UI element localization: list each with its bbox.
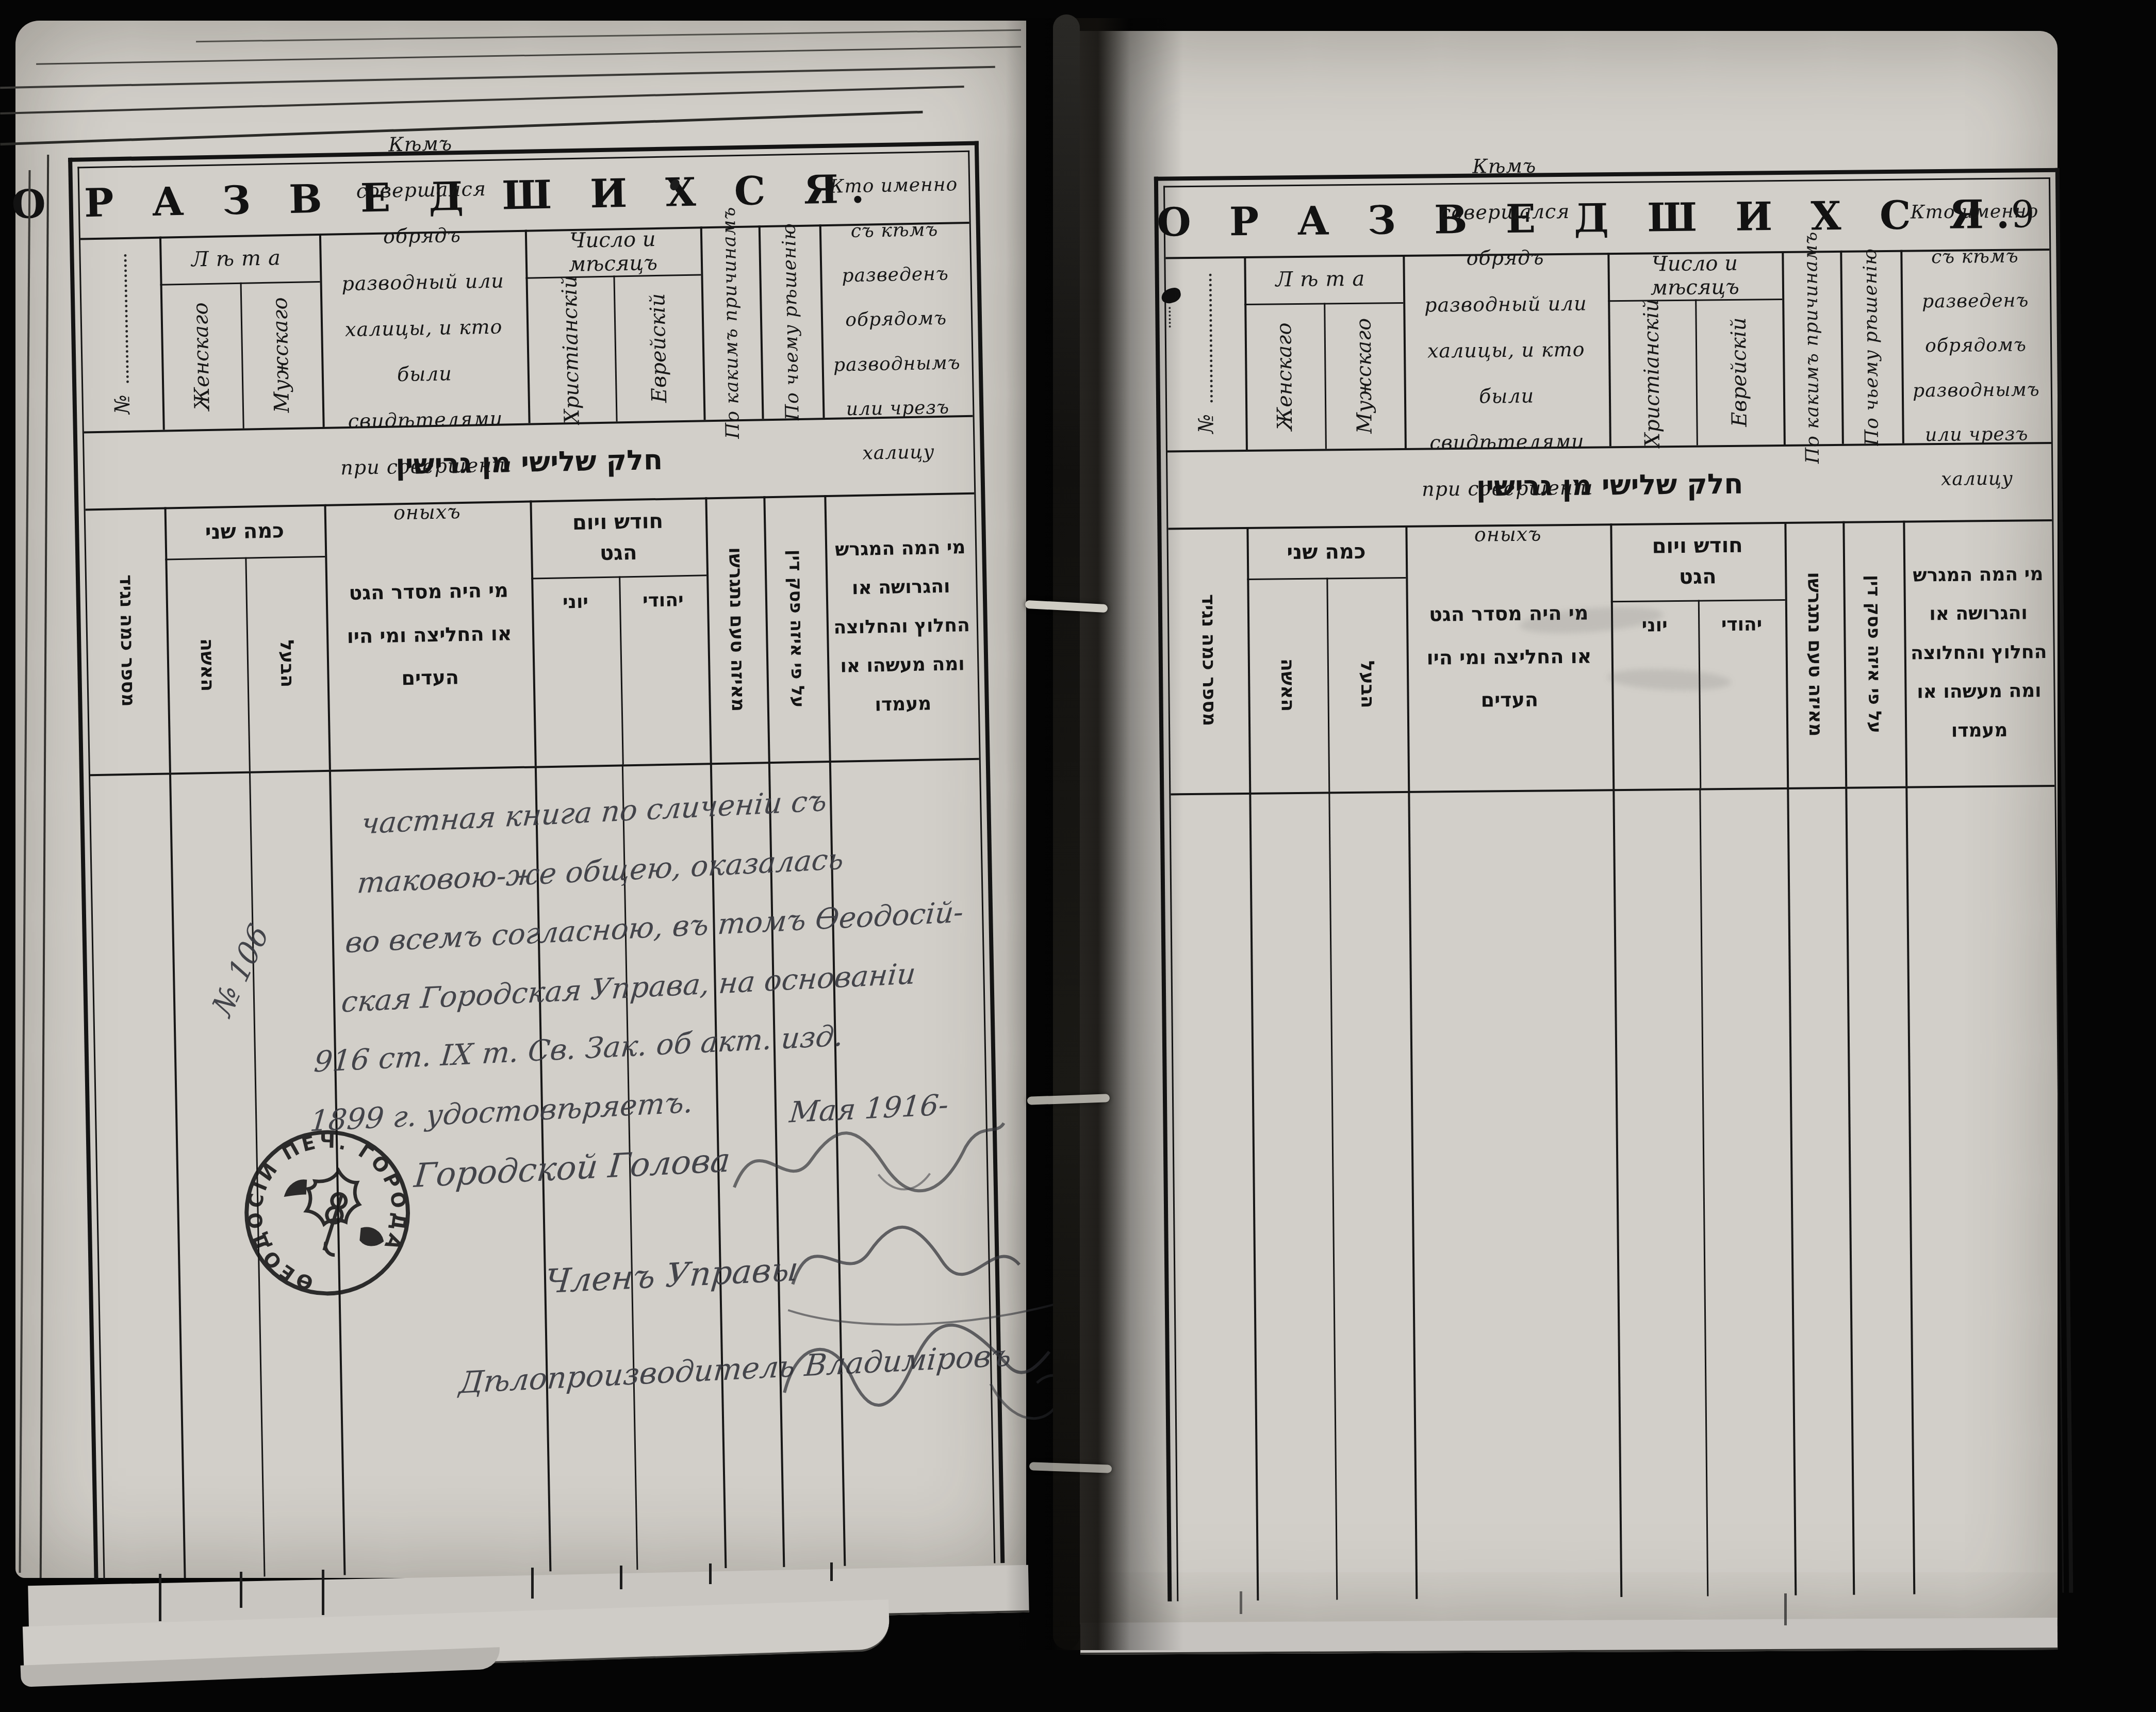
age-male-label: Мужскаго: [1352, 318, 1377, 433]
no-label: №: [111, 394, 135, 414]
he-col-officiant: מי היה מסדר הגט או החליצה ומי היו העדים: [324, 501, 537, 770]
column-tick: [322, 1570, 324, 1615]
hebrew-band-title: חלק שלישי מן גרישין: [1476, 467, 1743, 502]
he-verdict-label: על פי איזה פסק דין: [1863, 574, 1885, 733]
col-header-who: Кто именно съ кѣмъ разведенъ обрядомъ ра…: [819, 222, 973, 418]
he-col-who: מי המה המגרש והגרושה או החלוץ והחלוצה ומ…: [1903, 519, 2054, 786]
he-verdict-label: על פי איזה פסק דין: [784, 549, 808, 708]
column-tick: [1240, 1591, 1242, 1614]
column-tick: [1784, 1593, 1787, 1625]
ledger-table-right: О Р А З В Е Д Ш И Х С Я. 9 №: [1154, 168, 2073, 1602]
column-tick: [240, 1572, 242, 1608]
col-header-age: Лѣта Женскаго Мужскаго: [159, 234, 325, 430]
col-header-reasons: По какимъ причинамъ: [1782, 251, 1844, 445]
he-col-years: כמה שני האשה הבעל: [1246, 525, 1410, 793]
page-stack-bottom-right: [1080, 1618, 2058, 1655]
header-row-russian: № Лѣта Женскаго Муж: [1165, 249, 2051, 452]
date-jewish-label: Еврейскій: [646, 293, 671, 403]
he-col-date: חודש ויום הגט יוני יהודי: [530, 497, 712, 766]
he-wife-label: האשה: [1277, 659, 1298, 712]
dotted-leader: [1205, 273, 1213, 402]
he-husband-label: הבעל: [1357, 661, 1378, 709]
he-number-label: מספר כמה נגיד: [116, 574, 139, 707]
col-header-age: Лѣта Женскаго Мужскаго: [1244, 255, 1407, 450]
he-years-label: כמה שני: [1287, 540, 1366, 564]
header-row-russian: № Лѣта Женскаго Муж: [80, 222, 973, 434]
age-label: Лѣта: [1275, 267, 1372, 292]
he-reason-label: מאיזה טעם נתגרשו: [725, 547, 749, 712]
he-years-label: כמה שני: [205, 519, 284, 544]
no-label: №: [1194, 414, 1218, 433]
age-male-label: Мужскаго: [269, 297, 294, 413]
column-tick: [709, 1563, 712, 1584]
hebrew-band-row: חלק שלישי מן גרישין: [1167, 442, 2052, 530]
decision-label: По чьему рѣшенію: [1859, 248, 1883, 446]
he-col-officiant: מי היה מסדר הגט או החליצה ומי היו העדים: [1406, 523, 1615, 791]
col-header-decision: По чьему рѣшенію: [1840, 250, 1904, 444]
col-header-who: Кто именно съ кѣмъ разведенъ обрядомъ ра…: [1900, 249, 2051, 443]
he-col-who: מי המה המגרש והגרושה או החלוץ והחלוצה ומ…: [825, 492, 979, 761]
col-header-no: №: [80, 237, 165, 432]
he-col-verdict: על פי איזה פסק דין: [1842, 521, 1907, 787]
date-christian-label: Христіанскій: [1640, 299, 1665, 447]
he-col-years: כמה שני האשה הבעל: [164, 504, 331, 773]
col-header-date: Число и мѣсяцъ Христіанскій Еврейскій: [525, 226, 706, 423]
header-row-hebrew: מספר כמה נגיד כמה שני האשה הבעל: [86, 492, 979, 777]
column-tick: [830, 1562, 833, 1581]
col-header-reasons: По какимъ причинамъ: [700, 225, 764, 420]
age-female-label: Женскаго: [189, 302, 215, 410]
he-date-label: חודש ויום הגט: [1649, 530, 1746, 593]
column-tick: [159, 1574, 161, 1621]
he-date-label: חודש ויום הגט: [569, 506, 667, 569]
he-who-label: מי המה המגרש והגרושה או החלוץ והחלוצה ומ…: [1910, 555, 2048, 751]
binding-gutter-shadow: [1006, 18, 1183, 1650]
column-tick: [531, 1568, 534, 1599]
col-header-date: Число и мѣсяцъ Христіанскій Еврейскій: [1607, 251, 1785, 446]
page-left: О Р А З В Е Д Ш И Х С Я. №: [15, 21, 1026, 1578]
binding-cord: [1053, 14, 1080, 1649]
he-col-reason: מאיזה טעם נתגרשו: [1784, 521, 1847, 787]
seal-crest: [284, 1162, 382, 1267]
col-header-decision: По чьему рѣшенію: [759, 224, 825, 419]
reasons-label: По какимъ причинамъ: [1800, 231, 1823, 464]
he-col-number: מספר כמה נגיד: [86, 507, 171, 775]
age-label: Лѣта: [191, 246, 288, 271]
col-header-ceremony: Кѣмъ совершался обрядъ разводный или хал…: [319, 230, 531, 427]
he-husband-label: הבעל: [276, 639, 298, 687]
col-header-ceremony: Кѣмъ совершался обрядъ разводный или хал…: [1403, 253, 1611, 448]
he-col-reason: מאיזה טעם נתגרשו: [705, 496, 770, 763]
date-christian-label: Христіанскій: [557, 275, 584, 424]
header-row-hebrew: מספר כמה נגיד כמה שני האשה הבעל: [1168, 519, 2054, 795]
date-label: Число и мѣсяцъ: [1607, 251, 1782, 300]
he-wife-label: האשה: [196, 638, 218, 692]
he-col-verdict: על פי איזה פסק דין: [764, 495, 832, 762]
he-number-label: מספר כמה נגיד: [1197, 594, 1220, 727]
he-officiant-label: מי היה מסדר הגט או החליצה ומי היו העדים: [340, 569, 519, 701]
he-jewish-label: יהודי: [643, 589, 684, 611]
he-reason-label: מאיזה טעם נתגרשו: [1803, 572, 1826, 736]
page-right: О Р А З В Е Д Ш И Х С Я. 9 №: [1078, 31, 2058, 1624]
age-female-label: Женскаго: [1273, 322, 1297, 431]
he-jewish-label: יהודי: [1721, 614, 1763, 635]
table-body: [1171, 785, 2062, 1601]
date-label: Число и мѣсяцъ: [525, 226, 701, 277]
he-col-date: חודש ויום הגט יוני יהודי: [1610, 522, 1789, 789]
he-greek-label: יוני: [563, 591, 589, 613]
reasons-label: По какимъ причинамъ: [718, 206, 744, 439]
dotted-leader: [120, 254, 129, 383]
ledger-photo: О Р А З В Е Д Ш И Х С Я. №: [0, 0, 2156, 1712]
hebrew-band-title: חלק שלישי מן גרישין: [396, 443, 663, 480]
he-who-label: מי המה המגרש והגרושה או החלוץ והחלוצה ומ…: [831, 528, 972, 726]
column-tick: [620, 1566, 622, 1589]
date-jewish-label: Еврейскій: [1727, 317, 1752, 427]
decision-label: По чьему рѣшенію: [778, 223, 803, 421]
